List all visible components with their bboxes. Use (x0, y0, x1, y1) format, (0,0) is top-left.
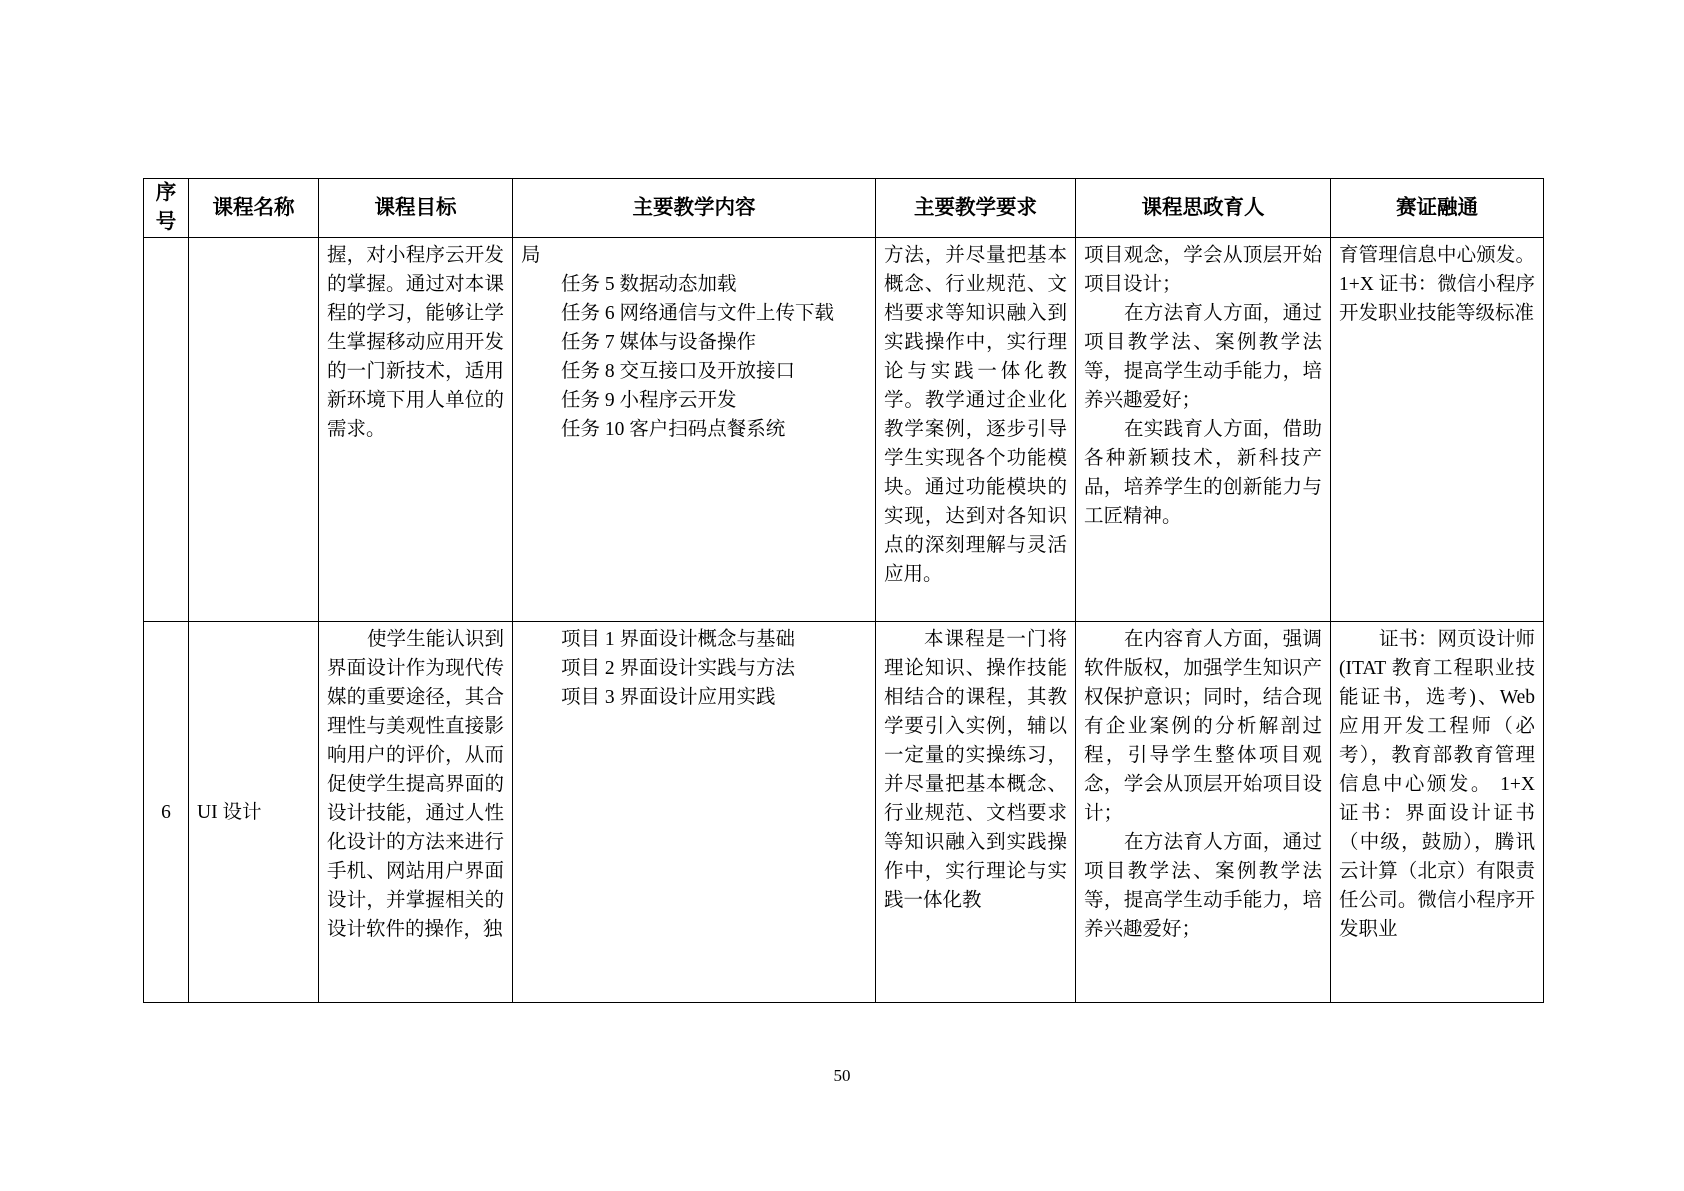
paragraph: 项目观念，学会从顶层开始项目设计； (1084, 241, 1322, 299)
paragraph: 证书：网页设计师(ITAT 教育工程职业技能证书，选考)、Web 应用开发工程师… (1339, 625, 1535, 944)
col-header-certificates: 赛证融通 (1331, 179, 1544, 238)
col-header-course-name: 课程名称 (189, 179, 319, 238)
paragraph: 项目 2 界面设计实践与方法 (521, 654, 867, 683)
cell-teaching-content: 局任务 5 数据动态加载任务 6 网络通信与文件上传下载任务 7 媒体与设备操作… (513, 238, 876, 622)
paragraph: 本课程是一门将理论知识、操作技能相结合的课程，其教学要引入实例，辅以一定量的实操… (884, 625, 1067, 915)
col-header-teaching-requirements: 主要教学要求 (876, 179, 1076, 238)
paragraph: 任务 10 客户扫码点餐系统 (521, 415, 867, 444)
paragraph: 方法，并尽量把基本概念、行业规范、文档要求等知识融入到实践操作中，实行理论与实践… (884, 241, 1067, 589)
course-plan-table: 序号 课程名称 课程目标 主要教学内容 主要教学要求 课程思政育人 赛证融通 握… (143, 178, 1544, 1003)
cell-objectives: 使学生能认识到界面设计作为现代传媒的重要途径，其合理性与美观性直接影响用户的评价… (319, 622, 513, 1003)
cell-teaching-requirements: 方法，并尽量把基本概念、行业规范、文档要求等知识融入到实践操作中，实行理论与实践… (876, 238, 1076, 622)
cell-course-name (189, 238, 319, 622)
cell-number (144, 238, 189, 622)
cell-course-name: UI 设计 (189, 622, 319, 1003)
cell-number: 6 (144, 622, 189, 1003)
paragraph: 项目 3 界面设计应用实践 (521, 683, 867, 712)
paragraph: 使学生能认识到界面设计作为现代传媒的重要途径，其合理性与美观性直接影响用户的评价… (327, 625, 504, 944)
table-header-row: 序号 课程名称 课程目标 主要教学内容 主要教学要求 课程思政育人 赛证融通 (144, 179, 1544, 238)
cell-teaching-content: 项目 1 界面设计概念与基础项目 2 界面设计实践与方法项目 3 界面设计应用实… (513, 622, 876, 1003)
cell-teaching-requirements: 本课程是一门将理论知识、操作技能相结合的课程，其教学要引入实例，辅以一定量的实操… (876, 622, 1076, 1003)
paragraph: 在方法育人方面，通过项目教学法、案例教学法等，提高学生动手能力，培养兴趣爱好； (1084, 828, 1322, 944)
paragraph: 育管理信息中心颁发。 1+X 证书：微信小程序开发职业技能等级标准 (1339, 241, 1535, 328)
paragraph: 任务 8 交互接口及开放接口 (521, 357, 867, 386)
paragraph: 局 (521, 241, 867, 270)
table-row-ui-design: 6 UI 设计 使学生能认识到界面设计作为现代传媒的重要途径，其合理性与美观性直… (144, 622, 1544, 1003)
cell-ideology: 项目观念，学会从顶层开始项目设计；在方法育人方面，通过项目教学法、案例教学法等，… (1076, 238, 1331, 622)
paragraph: 任务 6 网络通信与文件上传下载 (521, 299, 867, 328)
col-header-ideology: 课程思政育人 (1076, 179, 1331, 238)
col-header-teaching-content: 主要教学内容 (513, 179, 876, 238)
paragraph: 握，对小程序云开发的掌握。通过对本课程的学习，能够让学生掌握移动应用开发的一门新… (327, 241, 504, 444)
table-row-continuation: 握，对小程序云开发的掌握。通过对本课程的学习，能够让学生掌握移动应用开发的一门新… (144, 238, 1544, 622)
col-header-objectives: 课程目标 (319, 179, 513, 238)
paragraph: 项目 1 界面设计概念与基础 (521, 625, 867, 654)
paragraph: 在方法育人方面，通过项目教学法、案例教学法等，提高学生动手能力，培养兴趣爱好； (1084, 299, 1322, 415)
paragraph: 任务 9 小程序云开发 (521, 386, 867, 415)
document-page: 序号 课程名称 课程目标 主要教学内容 主要教学要求 课程思政育人 赛证融通 握… (0, 0, 1684, 1191)
paragraph: 任务 5 数据动态加载 (521, 270, 867, 299)
page-number: 50 (0, 1066, 1684, 1086)
col-header-number: 序号 (144, 179, 189, 238)
cell-ideology: 在内容育人方面，强调软件版权，加强学生知识产权保护意识；同时，结合现有企业案例的… (1076, 622, 1331, 1003)
cell-certificates: 证书：网页设计师(ITAT 教育工程职业技能证书，选考)、Web 应用开发工程师… (1331, 622, 1544, 1003)
paragraph: 任务 7 媒体与设备操作 (521, 328, 867, 357)
cell-certificates: 育管理信息中心颁发。 1+X 证书：微信小程序开发职业技能等级标准 (1331, 238, 1544, 622)
paragraph: 在实践育人方面，借助各种新颖技术，新科技产品，培养学生的创新能力与工匠精神。 (1084, 415, 1322, 531)
paragraph: 在内容育人方面，强调软件版权，加强学生知识产权保护意识；同时，结合现有企业案例的… (1084, 625, 1322, 828)
cell-objectives: 握，对小程序云开发的掌握。通过对本课程的学习，能够让学生掌握移动应用开发的一门新… (319, 238, 513, 622)
